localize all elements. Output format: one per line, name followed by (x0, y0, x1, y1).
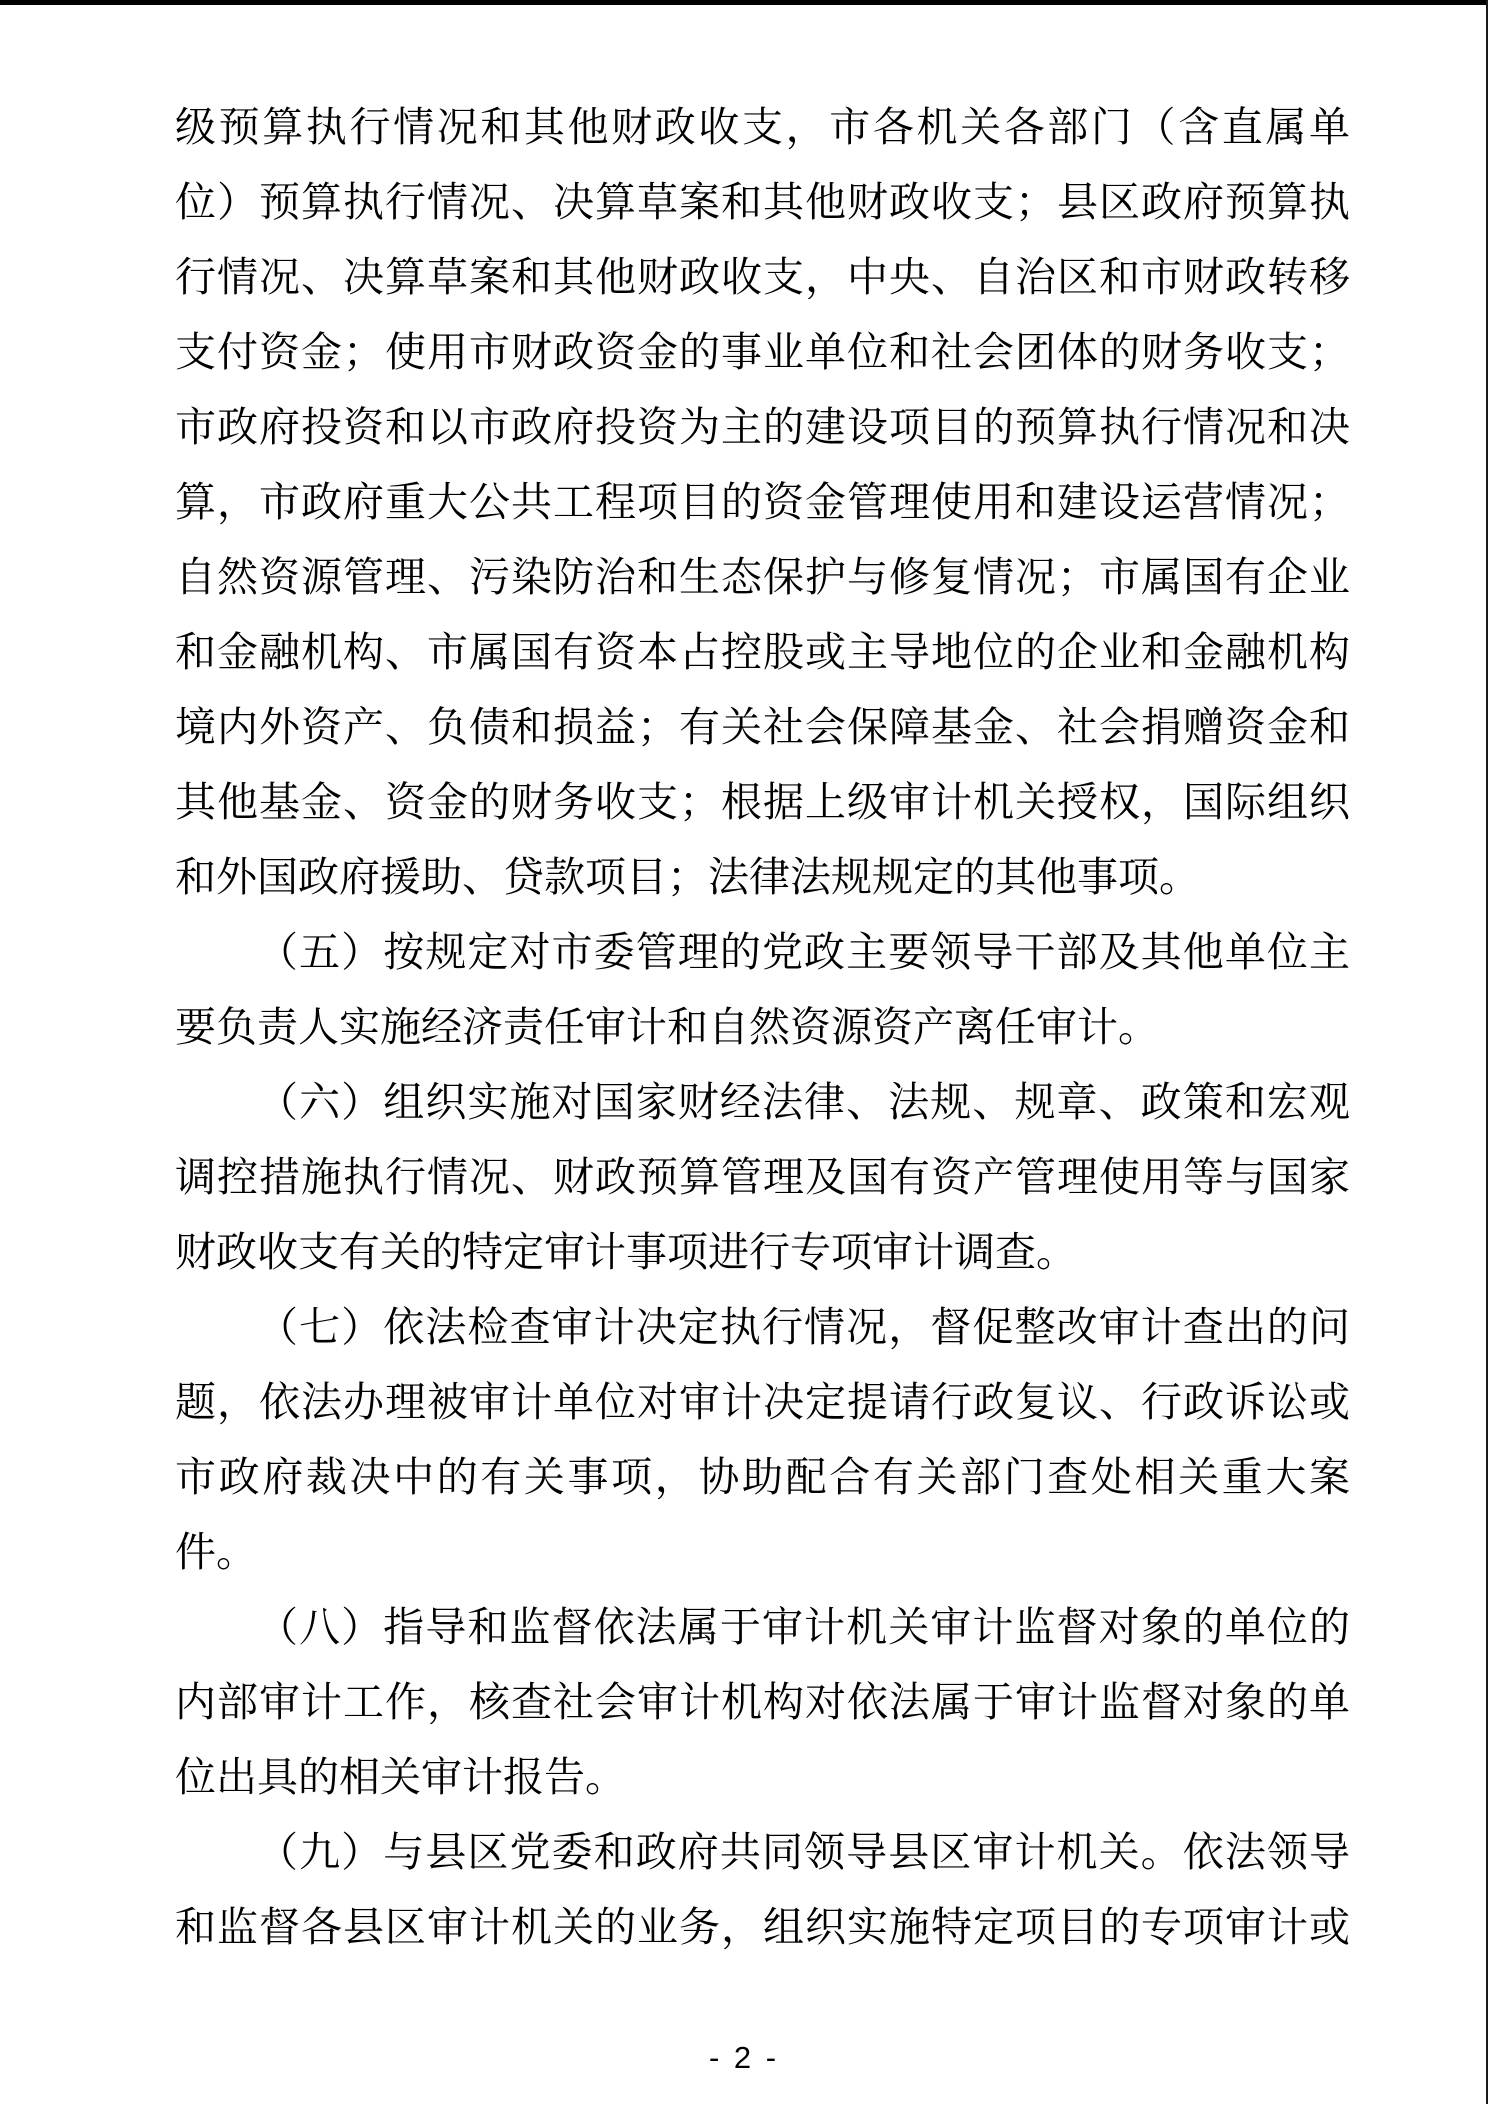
document-page: 级预算执行情况和其他财政收支，市各机关各部门（含直属单 位）预算执行情况、决算草… (0, 0, 1488, 2104)
text-line: 内部审计工作，核查社会审计机构对依法属于审计监督对象的单 (175, 1665, 1350, 1740)
text-line: 和监督各县区审计机关的业务，组织实施特定项目的专项审计或 (175, 1890, 1350, 1965)
text-line: 行情况、决算草案和其他财政收支，中央、自治区和市财政转移 (175, 240, 1350, 315)
page-footer: - 2 - (0, 2040, 1488, 2076)
text-line: 级预算执行情况和其他财政收支，市各机关各部门（含直属单 (175, 90, 1350, 165)
text-line: 题，依法办理被审计单位对审计决定提请行政复议、行政诉讼或 (175, 1365, 1350, 1440)
text-line: 和外国政府援助、贷款项目；法律法规规定的其他事项。 (175, 840, 1350, 915)
text-line: 财政收支有关的特定审计事项进行专项审计调查。 (175, 1215, 1350, 1290)
text-line-paragraph-5-start: （五）按规定对市委管理的党政主要领导干部及其他单位主 (175, 915, 1350, 990)
text-line: 和金融机构、市属国有资本占控股或主导地位的企业和金融机构 (175, 615, 1350, 690)
scan-artifact-top-bar (0, 0, 1488, 5)
text-line: 位）预算执行情况、决算草案和其他财政收支；县区政府预算执 (175, 165, 1350, 240)
text-line: 件。 (175, 1515, 1350, 1590)
text-line: 市政府投资和以市政府投资为主的建设项目的预算执行情况和决 (175, 390, 1350, 465)
page-number: - 2 - (709, 2040, 779, 2075)
text-line: 要负责人实施经济责任审计和自然资源资产离任审计。 (175, 990, 1350, 1065)
text-line: 市政府裁决中的有关事项，协助配合有关部门查处相关重大案 (175, 1440, 1350, 1515)
text-line-paragraph-8-start: （八）指导和监督依法属于审计机关审计监督对象的单位的 (175, 1590, 1350, 1665)
document-body: 级预算执行情况和其他财政收支，市各机关各部门（含直属单 位）预算执行情况、决算草… (175, 90, 1350, 1965)
text-line-paragraph-6-start: （六）组织实施对国家财经法律、法规、规章、政策和宏观 (175, 1065, 1350, 1140)
text-line: 支付资金；使用市财政资金的事业单位和社会团体的财务收支； (175, 315, 1350, 390)
text-line: 调控措施执行情况、财政预算管理及国有资产管理使用等与国家 (175, 1140, 1350, 1215)
text-line: 算，市政府重大公共工程项目的资金管理使用和建设运营情况； (175, 465, 1350, 540)
text-line: 境内外资产、负债和损益；有关社会保障基金、社会捐赠资金和 (175, 690, 1350, 765)
text-line-paragraph-9-start: （九）与县区党委和政府共同领导县区审计机关。依法领导 (175, 1815, 1350, 1890)
text-line: 位出具的相关审计报告。 (175, 1740, 1350, 1815)
text-line: 其他基金、资金的财务收支；根据上级审计机关授权，国际组织 (175, 765, 1350, 840)
text-line-paragraph-7-start: （七）依法检查审计决定执行情况，督促整改审计查出的问 (175, 1290, 1350, 1365)
text-line: 自然资源管理、污染防治和生态保护与修复情况；市属国有企业 (175, 540, 1350, 615)
